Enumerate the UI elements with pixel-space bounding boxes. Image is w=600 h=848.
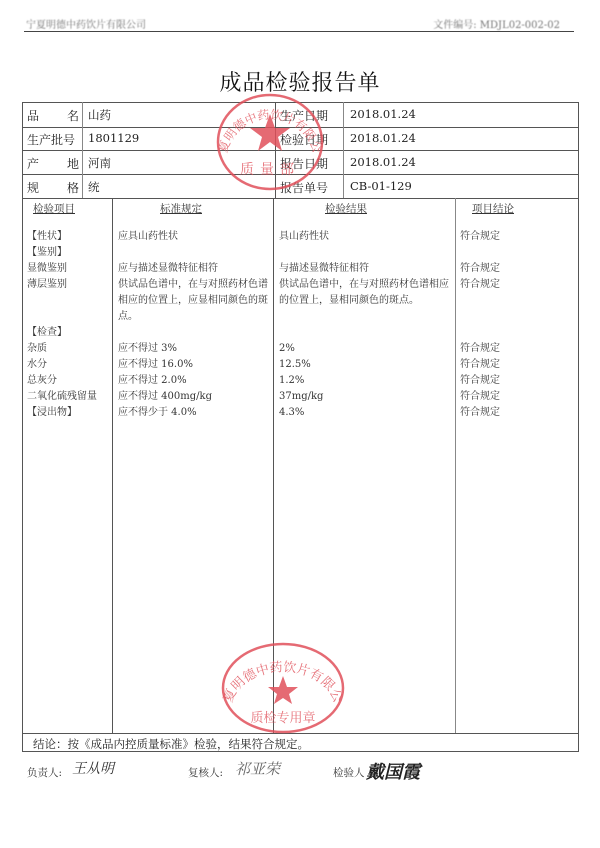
report-date-label: 报告日期 [280, 155, 328, 172]
col-divider [275, 102, 276, 198]
test-conclusion: 符合规定 [460, 277, 500, 293]
batch-value: 1801129 [88, 131, 139, 145]
document-number: 文件编号: MDJL02-002-02 [433, 16, 560, 31]
test-item: 【浸出物】 [27, 405, 77, 421]
col-divider [273, 198, 274, 733]
test-item: 【检查】 [27, 325, 67, 341]
production-date-label: 生产日期 [280, 107, 328, 124]
inspector-label: 检验人 [333, 765, 365, 780]
test-item: 【鉴别】 [27, 245, 67, 261]
origin-label: 产地 [27, 155, 79, 172]
test-standard: 应不得过 2.0% [118, 373, 268, 389]
spec-label: 规格 [27, 179, 79, 196]
test-item: 【性状】 [27, 229, 67, 245]
test-conclusion: 符合规定 [460, 341, 500, 357]
report-table [22, 102, 579, 752]
test-item: 总灰分 [27, 373, 57, 389]
row-divider [22, 733, 579, 734]
row-divider [22, 127, 579, 128]
test-standard: 应不得少于 4.0% [118, 405, 268, 421]
column-header-conclusion: 项目结论 [472, 201, 514, 216]
production-date-value: 2018.01.24 [350, 107, 416, 121]
batch-label: 生产批号 [27, 131, 75, 148]
inspection-date-value: 2018.01.24 [350, 131, 416, 145]
test-result: 供试品色谱中，在与对照药材色谱相应的位置上，显相同颜色的斑点。 [279, 277, 451, 309]
test-standard: 应具山药性状 [118, 229, 268, 245]
col-divider [112, 198, 113, 733]
reviewer-label: 复核人: [188, 765, 223, 780]
test-result: 具山药性状 [279, 229, 451, 245]
test-item: 薄层鉴别 [27, 277, 67, 293]
col-divider [343, 102, 344, 198]
inspection-date-label: 检验日期 [280, 131, 328, 148]
responsible-label: 负责人: [27, 765, 62, 780]
test-result: 37mg/kg [279, 389, 451, 405]
test-result: 4.3% [279, 405, 451, 421]
test-item: 水分 [27, 357, 47, 373]
test-conclusion: 符合规定 [460, 357, 500, 373]
report-no-value: CB-01-129 [350, 179, 412, 193]
col-divider [455, 198, 456, 733]
reviewer-signature: 祁亚荣 [235, 758, 280, 779]
test-standard: 应不得过 3% [118, 341, 268, 357]
page-title: 成品检验报告单 [0, 66, 600, 97]
origin-value: 河南 [88, 155, 111, 171]
test-conclusion: 符合规定 [460, 229, 500, 245]
responsible-signature: 王从明 [72, 758, 114, 778]
spec-value: 统 [88, 179, 100, 195]
final-conclusion: 结论：按《成品内控质量标准》检验，结果符合规定。 [33, 736, 309, 752]
test-standard: 供试品色谱中，在与对照药材色谱相应的位置上，应显相同颜色的斑点。 [118, 277, 268, 325]
column-header-item: 检验项目 [33, 201, 75, 216]
test-conclusion: 符合规定 [460, 261, 500, 277]
test-conclusion: 符合规定 [460, 405, 500, 421]
test-result: 12.5% [279, 357, 451, 373]
test-item: 二氧化硫残留量 [27, 389, 97, 405]
test-result: 2% [279, 341, 451, 357]
company-name: 宁夏明德中药饮片有限公司 [26, 16, 146, 31]
test-standard: 应不得过 400mg/kg [118, 389, 268, 405]
test-result: 1.2% [279, 373, 451, 389]
test-result: 与描述显微特征相符 [279, 261, 451, 277]
test-item: 显微鉴别 [27, 261, 67, 277]
col-divider [82, 102, 83, 198]
row-divider [22, 150, 579, 151]
report-date-value: 2018.01.24 [350, 155, 416, 169]
inspector-signature: 戴国霞 [366, 758, 420, 784]
column-header-result: 检验结果 [325, 201, 367, 216]
header-divider [24, 31, 574, 32]
test-standard: 应与描述显微特征相符 [118, 261, 268, 277]
test-standard: 应不得过 16.0% [118, 357, 268, 373]
row-divider [22, 174, 579, 175]
row-divider [22, 198, 579, 199]
test-conclusion: 符合规定 [460, 373, 500, 389]
test-conclusion: 符合规定 [460, 389, 500, 405]
product-name-value: 山药 [88, 107, 111, 123]
report-no-label: 报告单号 [280, 179, 328, 196]
column-header-standard: 标准规定 [160, 201, 202, 216]
test-item: 杂质 [27, 341, 47, 357]
product-name-label: 品名 [27, 107, 79, 124]
